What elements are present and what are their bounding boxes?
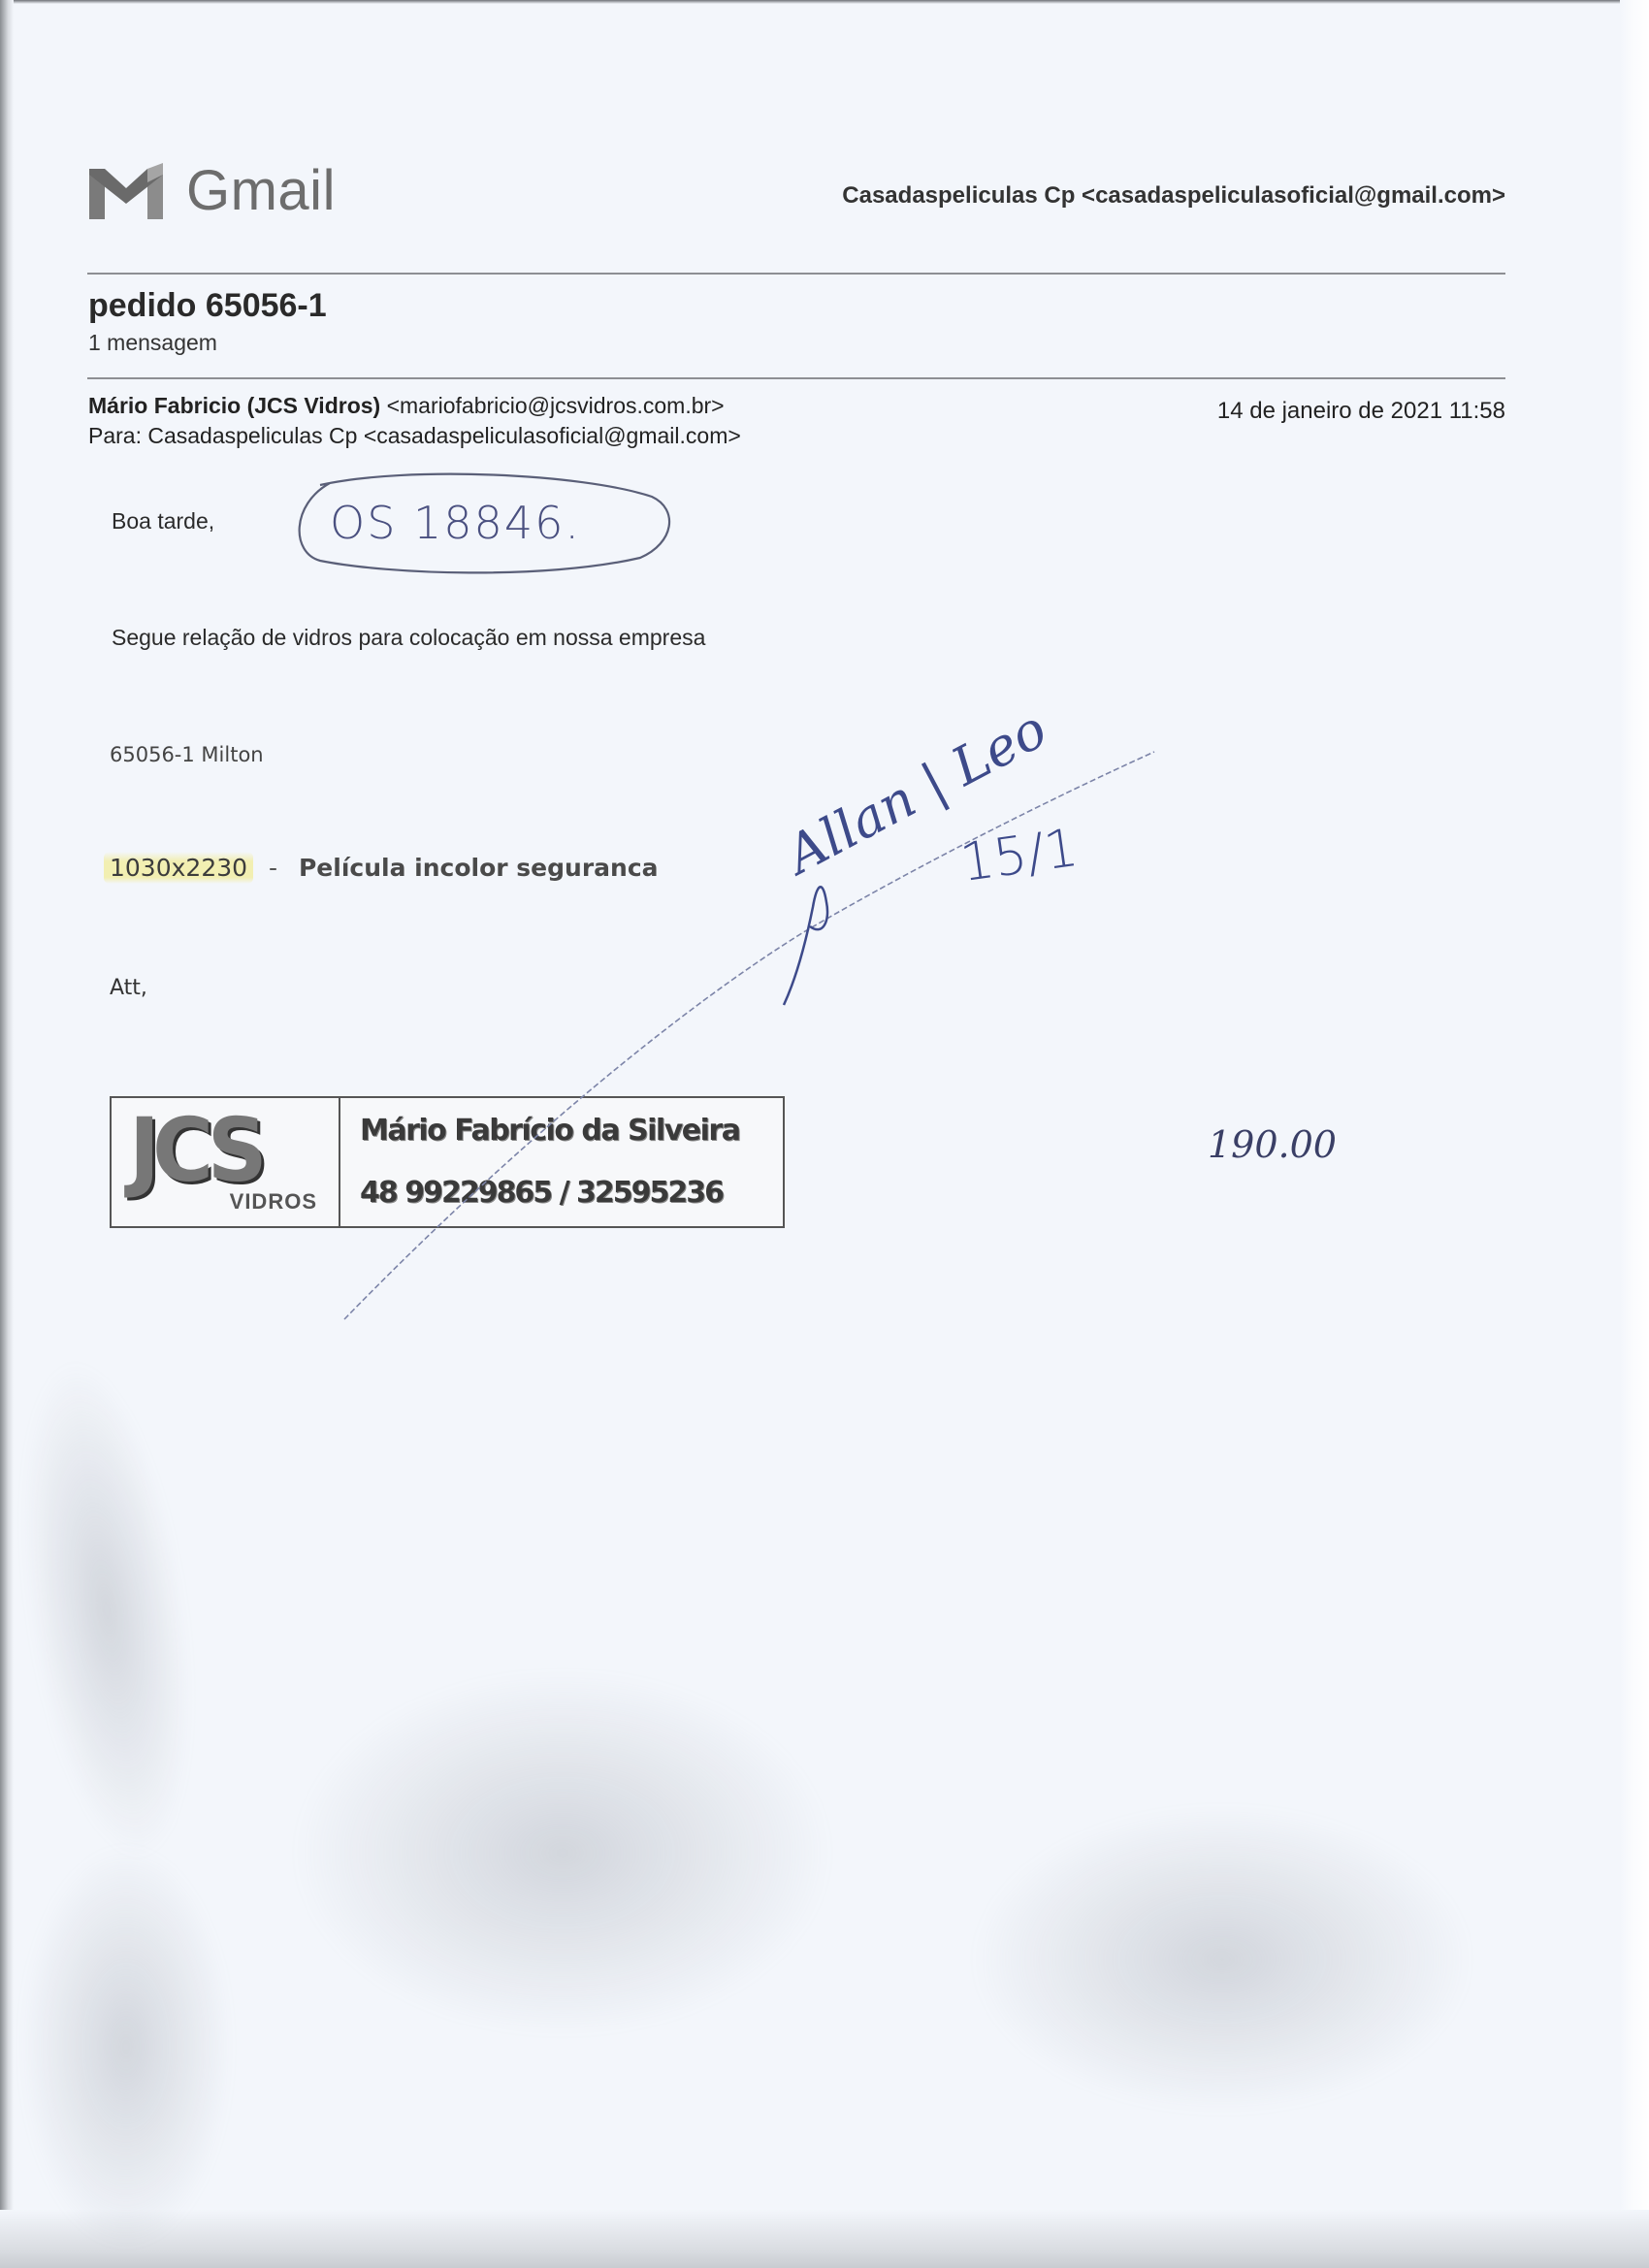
handwriting-strokes bbox=[0, 0, 1649, 2268]
handwritten-os-number: OS 18846. bbox=[330, 497, 581, 549]
signature-stroke bbox=[784, 887, 827, 1005]
handwritten-price: 190.00 bbox=[1208, 1123, 1337, 1166]
